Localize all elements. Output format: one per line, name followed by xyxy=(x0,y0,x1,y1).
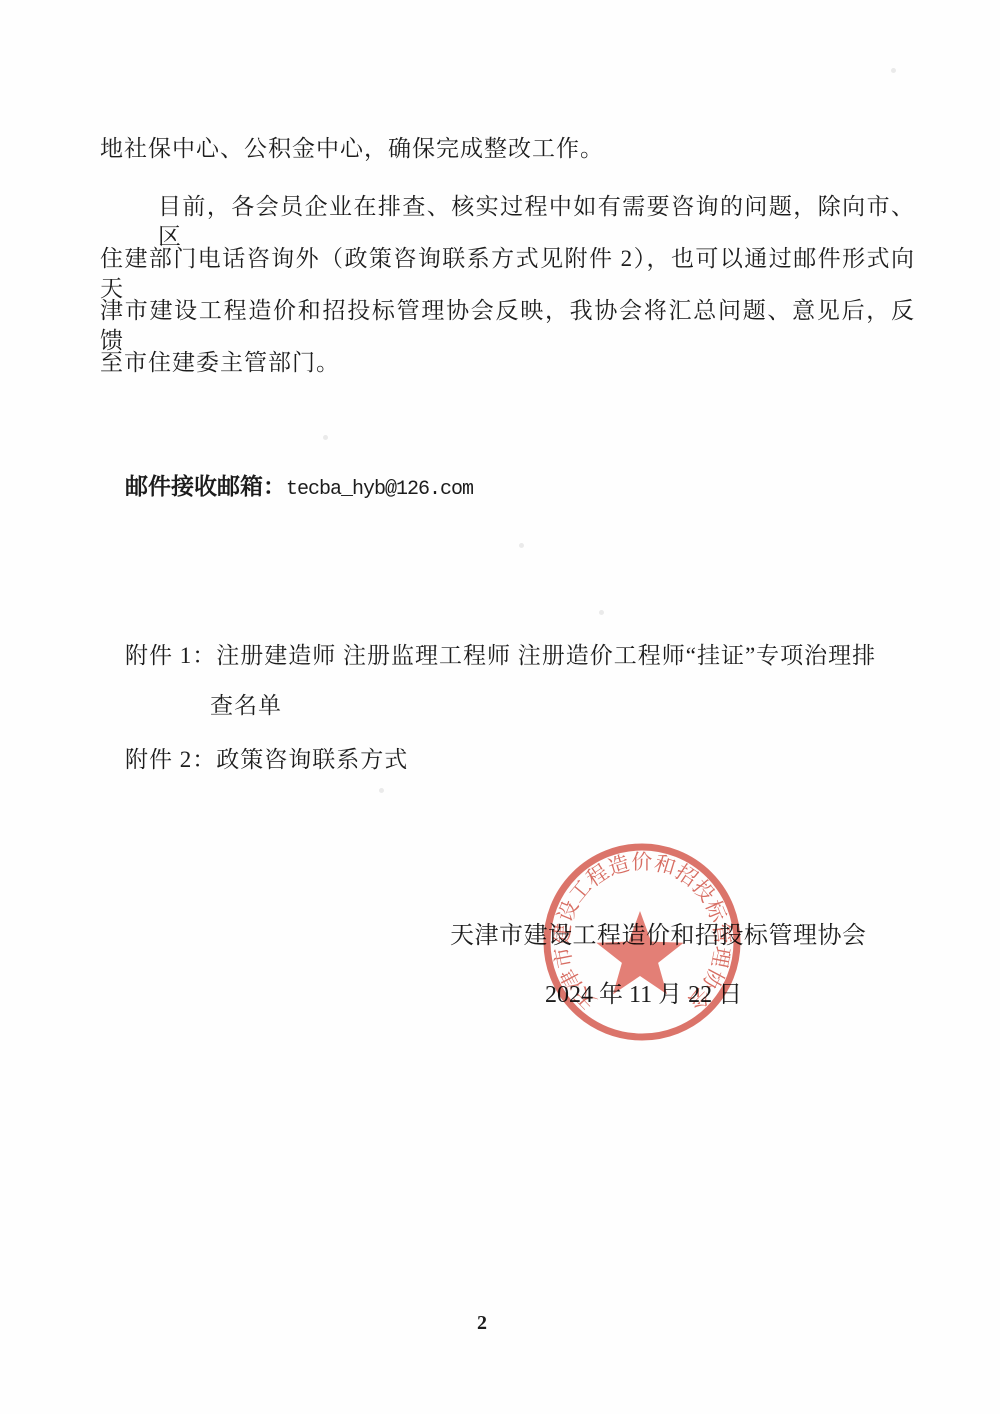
document-page: 地社保中心、公积金中心，确保完成整改工作。 目前，各会员企业在排查、核实过程中如… xyxy=(0,0,1000,1414)
email-line: 邮件接收邮箱：tecba_hyb@126.com xyxy=(125,468,473,501)
scan-speck xyxy=(323,435,328,440)
attachment-2-label: 附件 2： xyxy=(125,747,216,772)
attachment-2-line: 附件 2：政策咨询联系方式 xyxy=(125,741,408,774)
attachment-1-line1: 附件 1：注册建造师 注册监理工程师 注册造价工程师“挂证”专项治理排 xyxy=(125,637,876,670)
email-label: 邮件接收邮箱： xyxy=(125,474,286,499)
seal-star-icon xyxy=(596,911,683,994)
attachment-1-text: 注册建造师 注册监理工程师 注册造价工程师“挂证”专项治理排 xyxy=(216,643,876,668)
attachment-1-label: 附件 1： xyxy=(125,643,216,668)
official-red-seal: 天津市建设工程造价和招投标管理协会 xyxy=(531,831,753,1053)
paragraph-line: 津市建设工程造价和招投标管理协会反映，我协会将汇总问题、意见后，反馈 xyxy=(100,296,915,356)
scan-speck xyxy=(379,788,384,793)
attachment-1-line2: 查名单 xyxy=(210,687,282,720)
scan-speck xyxy=(519,543,524,548)
attachment-2-text: 政策咨询联系方式 xyxy=(216,747,408,772)
paragraph-line: 至市住建委主管部门。 xyxy=(100,348,340,378)
scan-speck xyxy=(891,68,896,73)
paragraph-line: 住建部门电话咨询外（政策咨询联系方式见附件 2），也可以通过邮件形式向天 xyxy=(100,244,915,304)
page-number: 2 xyxy=(477,1312,487,1335)
paragraph-carryover-line: 地社保中心、公积金中心，确保完成整改工作。 xyxy=(100,134,604,164)
scan-speck xyxy=(599,610,604,615)
paragraph-line: 目前，各会员企业在排查、核实过程中如有需要咨询的问题，除向市、区 xyxy=(100,192,915,252)
email-address: tecba_hyb@126.com xyxy=(286,478,473,501)
